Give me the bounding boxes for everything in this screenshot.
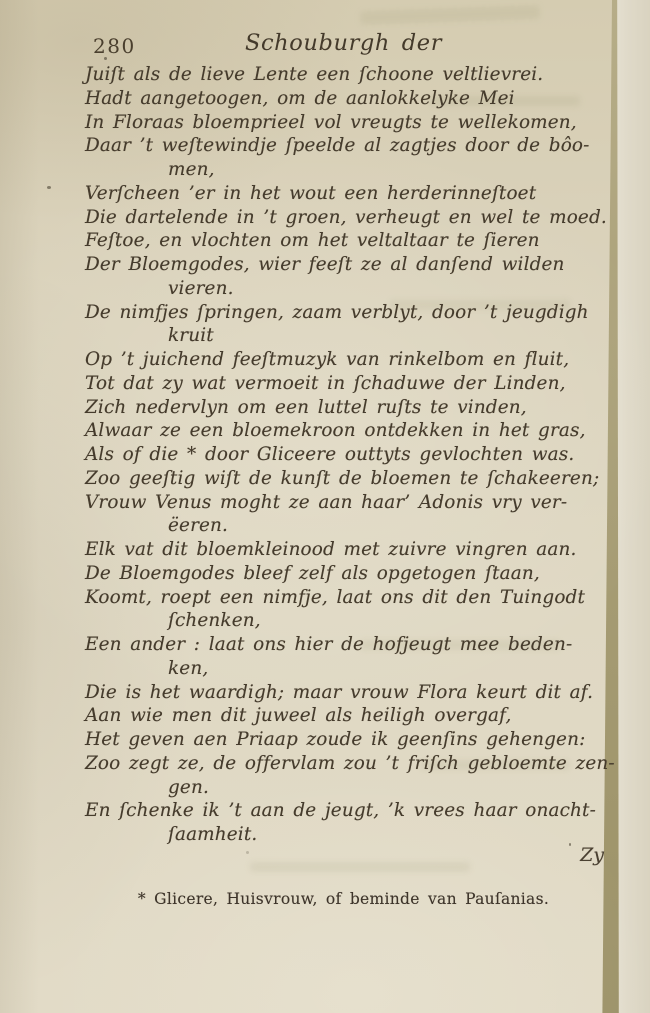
ink-speck <box>47 186 51 189</box>
verso-show-through <box>360 5 540 25</box>
poem-line: Een ander : laat ons hier de hofjeugt me… <box>85 633 605 657</box>
poem-line: Die is het waardigh; maar vrouw Flora ke… <box>85 681 605 705</box>
running-title: Schouburgh der <box>85 30 602 56</box>
catchword: Zy <box>85 844 604 866</box>
poem-line: Elk vat dit bloemkleinood met zuivre vin… <box>85 538 605 562</box>
book-page-photo: 280 Schouburgh der Juiſt als de lieve Le… <box>0 0 650 1013</box>
poem-line: men, <box>85 158 605 182</box>
poem-line: vieren. <box>85 277 605 301</box>
poem-line: Verſcheen ’er in het wout een herderinne… <box>85 182 605 206</box>
poem-line: Zich nedervlyn om een luttel ruſts te vi… <box>85 396 605 420</box>
page-header: 280 Schouburgh der <box>85 30 602 60</box>
poem-line: gen. <box>85 776 605 800</box>
poem-line: Vrouw Venus moght ze aan haar’ Adonis vr… <box>85 491 605 515</box>
poem-line: De Bloemgodes bleef zelf als opgetogen ſ… <box>85 562 605 586</box>
poem-line: Der Bloemgodes, wier feeſt ze al danſend… <box>85 253 605 277</box>
poem-line: Juiſt als de lieve Lente een ſchoone vel… <box>85 63 605 87</box>
poem-line: Hadt aangetoogen, om de aanlokkelyke Mei <box>85 87 605 111</box>
poem-line: Als of die * door Gliceere outtyts gevlo… <box>85 443 605 467</box>
poem-line: Aan wie men dit juweel als heiligh overg… <box>85 704 605 728</box>
poem-line: ken, <box>85 657 605 681</box>
poem-line: In Floraas bloemprieel vol vreugts te we… <box>85 111 605 135</box>
footnote: * Glicere, Huisvrouw, of beminde van Pau… <box>85 890 602 908</box>
poem-line: Feſtoe, en vlochten om het veltaltaar te… <box>85 229 605 253</box>
poem-text: Juiſt als de lieve Lente een ſchoone vel… <box>85 63 605 847</box>
poem-line: Daar ’t weſtewindje ſpeelde al zagtjes d… <box>85 134 605 158</box>
poem-line: En ſchenke ik ’t aan de jeugt, ’k vrees … <box>85 799 605 823</box>
poem-line: Alwaar ze een bloemekroon ontdekken in h… <box>85 419 605 443</box>
poem-line: De nimfjes ſpringen, zaam verblyt, door … <box>85 301 605 325</box>
poem-line: Tot dat zy wat vermoeit in ſchaduwe der … <box>85 372 605 396</box>
poem-line: Zoo zegt ze, de offervlam zou ’t friſch … <box>85 752 605 776</box>
poem-line: Die dartelende in ’t groen, verheugt en … <box>85 206 605 230</box>
poem-line: ëeren. <box>85 514 605 538</box>
poem-line: Op ’t juichend feeſtmuzyk van rinkelbom … <box>85 348 605 372</box>
poem-line: Koomt, roept een nimfje, laat ons dit de… <box>85 586 605 610</box>
poem-line: kruit <box>85 324 605 348</box>
poem-line: ſchenken, <box>85 609 605 633</box>
poem-line: Zoo geeſtig wiſt de kunſt de bloemen te … <box>85 467 605 491</box>
poem-line: Het geven aen Priaap zoude ik geenſins g… <box>85 728 605 752</box>
